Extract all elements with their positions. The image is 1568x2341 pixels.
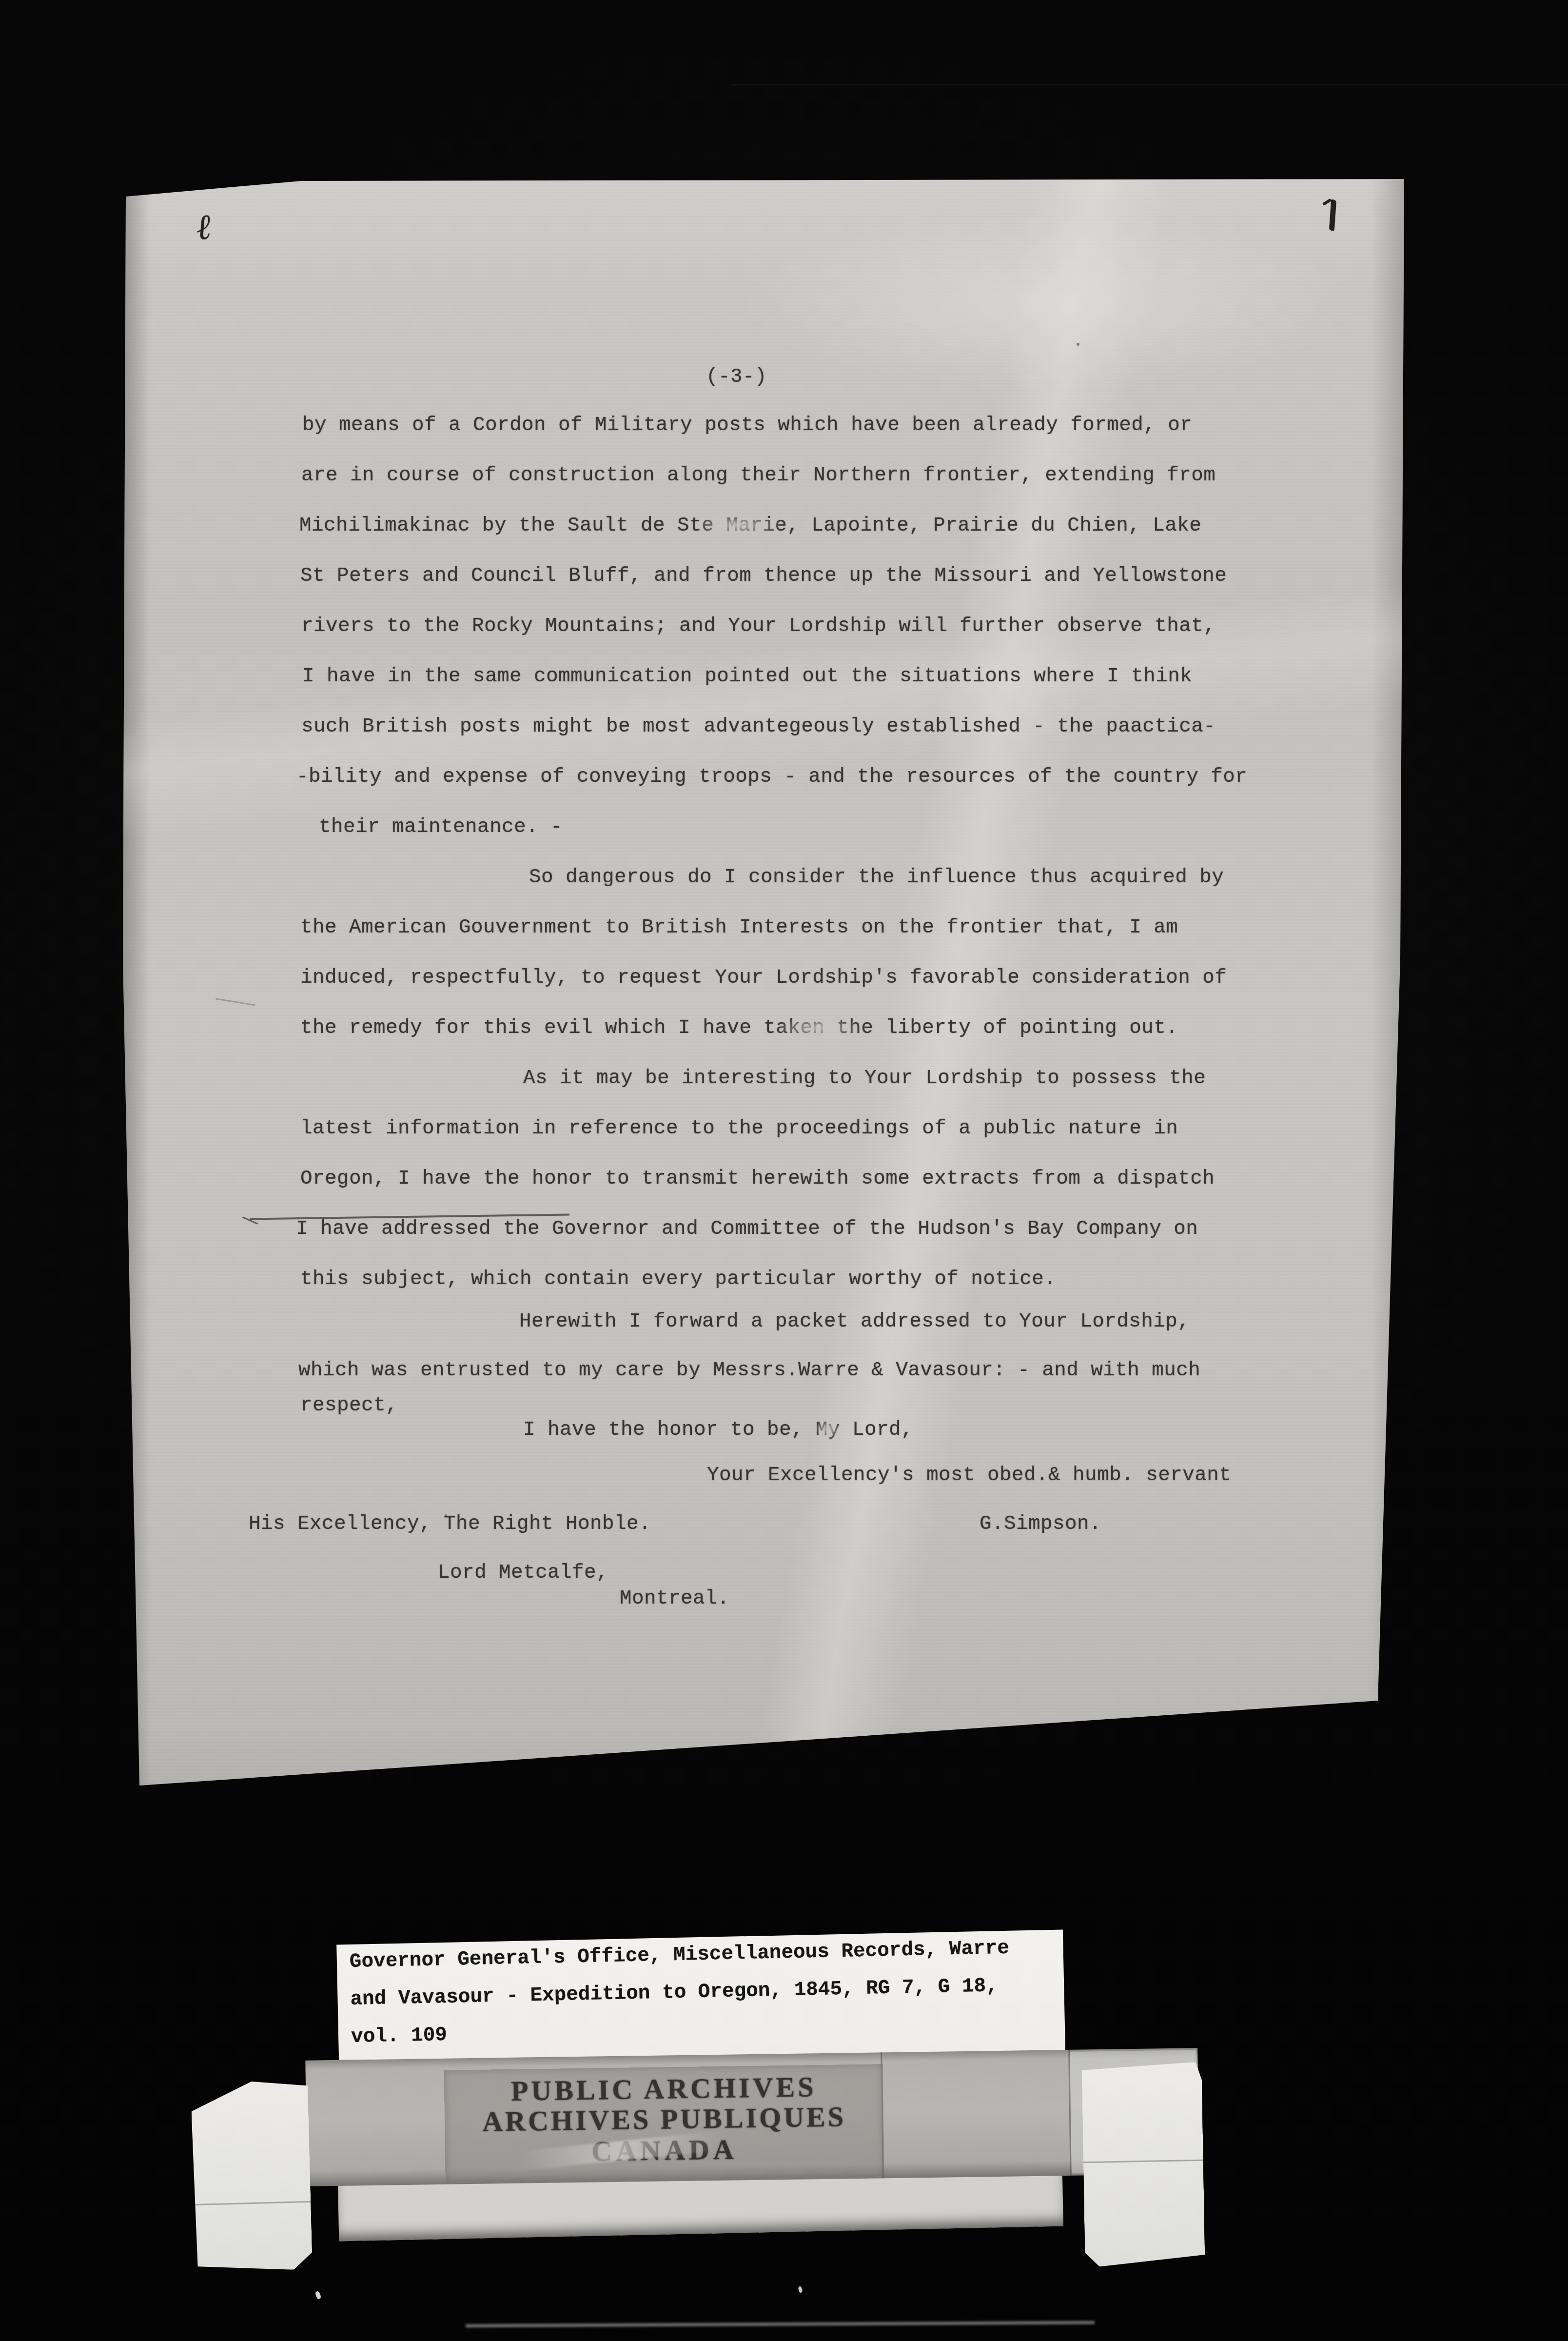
pencil-margin-arrow bbox=[216, 998, 255, 1006]
letter-line: rivers to the Rocky Mountains; and Your … bbox=[301, 616, 1215, 636]
film-tab-right bbox=[1081, 2062, 1205, 2267]
film-speck bbox=[798, 2286, 803, 2293]
letter-line: are in course of construction along thei… bbox=[301, 466, 1215, 486]
letter-line: Michilimakinac by the Sault de Ste Marie… bbox=[299, 516, 1201, 536]
film-frame-line bbox=[731, 84, 1568, 85]
tab-crease bbox=[1083, 2160, 1203, 2163]
letter-line-addressee: His Excellency, The Right Honble. bbox=[249, 1514, 651, 1534]
letter-line: Oregon, I have the honor to transmit her… bbox=[300, 1169, 1215, 1189]
paper-speck bbox=[445, 1514, 447, 1517]
letter-line: their maintenance. - bbox=[319, 817, 563, 837]
letter-line: Your Excellency's most obed.& humb. serv… bbox=[707, 1466, 1231, 1486]
letter-line: the American Gouvernment to British Inte… bbox=[300, 918, 1178, 938]
letter-line-addressee: Montreal. bbox=[620, 1589, 729, 1609]
letter-line: which was entrusted to my care by Messrs… bbox=[298, 1361, 1200, 1381]
page-number: (-3-) bbox=[706, 367, 767, 387]
stamp-text-line: ARCHIVES PUBLIQUES bbox=[445, 2102, 884, 2137]
tab-crease bbox=[194, 2201, 311, 2205]
letter-page: ℓ (-3-) by means of a Cordon of Military… bbox=[122, 178, 1409, 1787]
film-strip-band: PUBLIC ARCHIVES ARCHIVES PUBLIQUES CANAD… bbox=[305, 2048, 1199, 2186]
archival-label-line: and Vavasour - Expedition to Oregon, 184… bbox=[350, 1976, 998, 2010]
archives-stamp: PUBLIC ARCHIVES ARCHIVES PUBLIQUES CANAD… bbox=[444, 2064, 884, 2182]
letter-line: latest information in reference to the p… bbox=[300, 1119, 1178, 1139]
letter-line: induced, respectfully, to request Your L… bbox=[300, 968, 1227, 988]
letter-line: So dangerous do I consider the influence… bbox=[529, 868, 1224, 888]
film-tab-left bbox=[191, 2080, 313, 2272]
letter-line: respect, bbox=[300, 1396, 398, 1416]
paper-speck bbox=[1077, 343, 1079, 346]
letter-line: such British posts might be most advante… bbox=[301, 717, 1215, 737]
letter-signature: G.Simpson. bbox=[980, 1514, 1101, 1534]
archival-label-line: Governor General's Office, Miscellaneous… bbox=[349, 1939, 1009, 1972]
letter-line: the remedy for this evil which I have ta… bbox=[300, 1018, 1178, 1038]
archival-label-line: vol. 109 bbox=[351, 2025, 448, 2047]
microfilm-background: ℓ (-3-) by means of a Cordon of Military… bbox=[0, 0, 1568, 2341]
letter-line-addressee: Lord Metcalfe, bbox=[438, 1563, 608, 1583]
letter-line: I have addressed the Governor and Commit… bbox=[296, 1219, 1198, 1239]
letter-line: by means of a Cordon of Military posts w… bbox=[302, 416, 1192, 436]
handwritten-mark-right bbox=[1329, 199, 1336, 231]
letter-line: I have in the same communication pointed… bbox=[302, 667, 1192, 687]
handwritten-mark-left: ℓ bbox=[194, 206, 212, 248]
letter-line: -bility and expense of conveying troops … bbox=[296, 767, 1247, 787]
film-bottom-line bbox=[466, 2321, 1095, 2328]
film-speck bbox=[315, 2291, 322, 2300]
letter-line: St Peters and Council Bluff, and from th… bbox=[300, 566, 1227, 586]
letter-line: this subject, which contain every partic… bbox=[300, 1270, 1056, 1290]
letter-line: As it may be interesting to Your Lordshi… bbox=[523, 1069, 1206, 1089]
letter-line: Herewith I forward a packet addressed to… bbox=[519, 1312, 1190, 1332]
letter-line: I have the honor to be, My Lord, bbox=[523, 1420, 913, 1440]
